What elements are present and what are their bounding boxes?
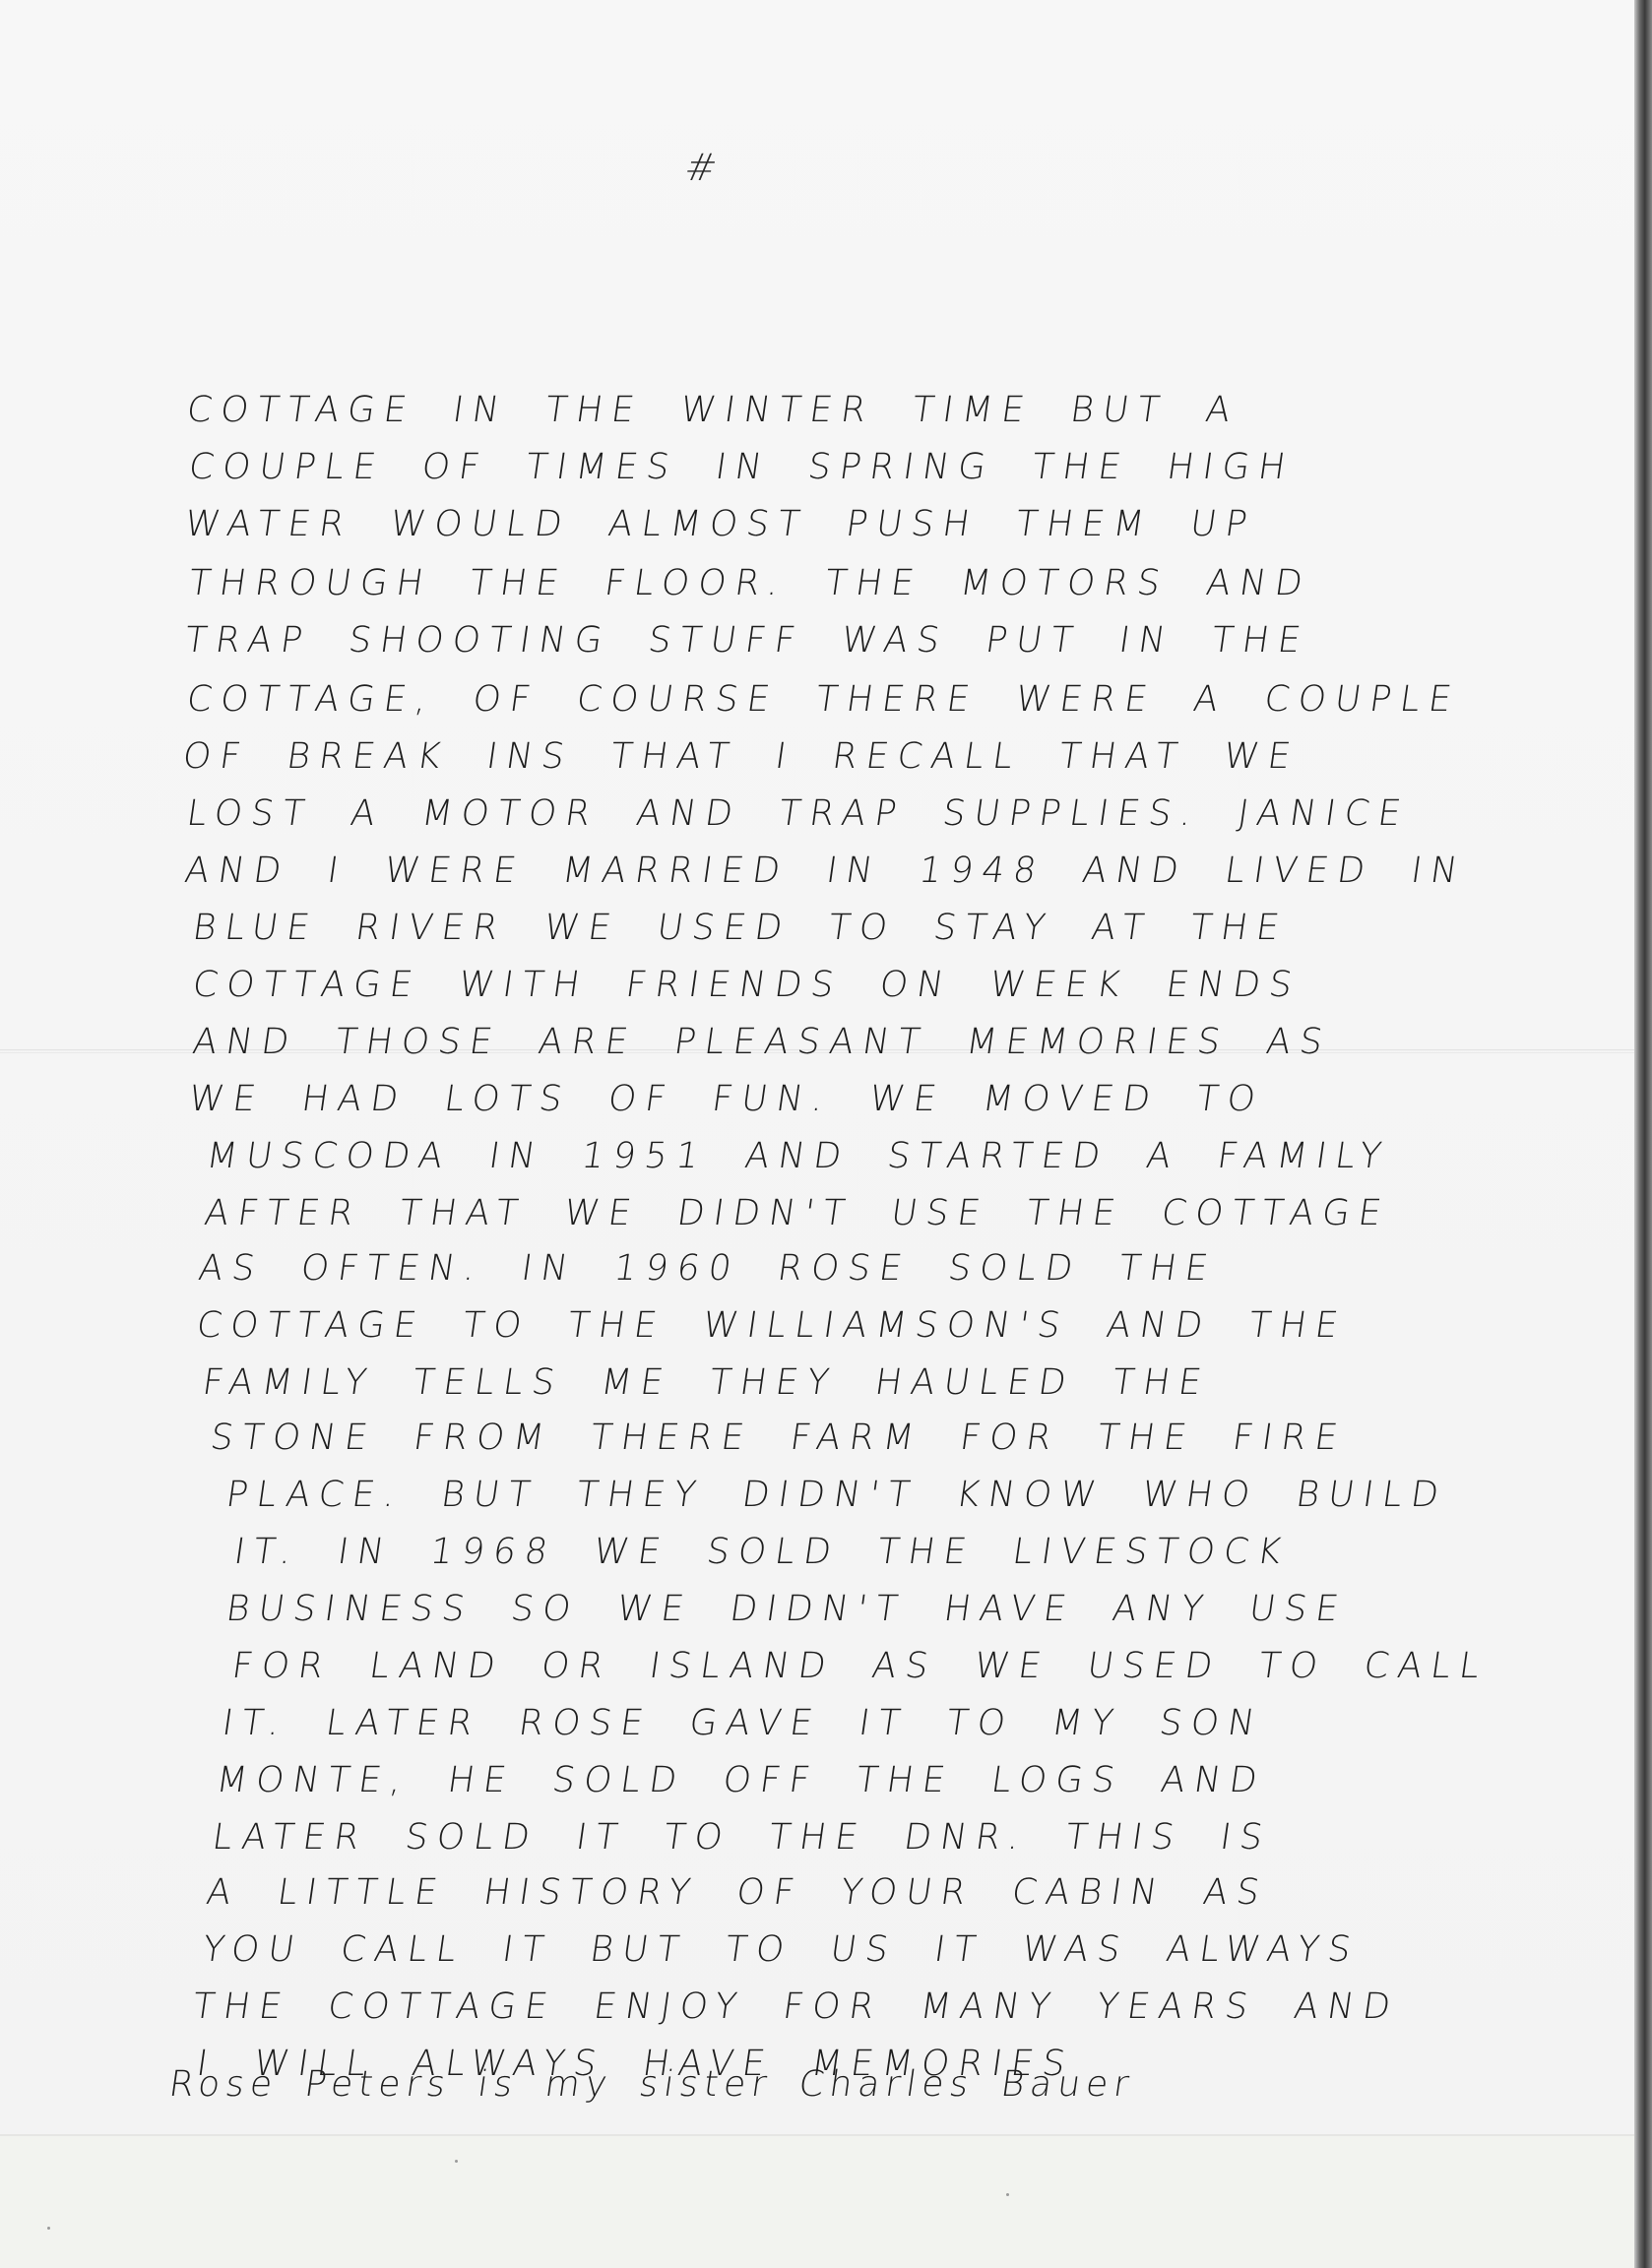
dust-speck: [455, 2160, 458, 2163]
signature-line: Rose Peters is my sister Charles Bauer: [166, 2064, 1137, 2105]
letter-line: we had lots of fun. We moved to: [186, 1079, 1267, 1119]
dust-speck: [47, 2227, 50, 2230]
letter-line: you call it But to us it was always: [200, 1929, 1362, 1970]
letter-line: and those are pleasant memories as: [190, 1022, 1334, 1062]
letter-line: cottage with friends on week ends: [190, 965, 1303, 1005]
letter-line: Cottage, of course there were a couple: [184, 679, 1463, 720]
letter-line: trap shooting stuff was put in the: [182, 620, 1311, 661]
letter-line: Business so we didn't have any use: [223, 1589, 1350, 1629]
letter-line: Muscoda in 1951 and started a family: [204, 1136, 1392, 1176]
letter-line: lost a motor and trap supplies. Janice: [184, 793, 1412, 834]
page-marker: #: [681, 146, 721, 189]
letter-line: cottage to the Williamson's and the: [194, 1305, 1349, 1346]
letter-line: Blue River we used to stay at the: [190, 908, 1291, 948]
letter-line: as often. In 1960 Rose sold the: [196, 1248, 1219, 1289]
letter-line: Monte, He sold off the Logs and: [214, 1760, 1268, 1800]
page-edge-shadow: [1634, 0, 1652, 2268]
letter-line: of break ins that I recall that we: [180, 736, 1302, 777]
letter-line: place. But they didn't know who build: [223, 1475, 1450, 1515]
letter-line: family tells me they hauled the: [200, 1362, 1213, 1403]
letter-line: a little History of your Cabin as: [204, 1872, 1271, 1913]
letter-line: for land or Island as we used to call: [229, 1646, 1491, 1686]
letter-line: Couple of times in spring the High: [186, 447, 1297, 487]
letter-line: Cottage in the winter time But a: [184, 390, 1241, 430]
letter-line: the Cottage enjoy for many years and: [190, 1986, 1402, 2027]
letter-line: it. In 1968 we sold the livestock: [231, 1532, 1292, 1572]
letter-line: stone from there farm for the fire: [208, 1417, 1349, 1458]
letter-line: and I were married in 1948 and lived in: [182, 850, 1469, 891]
letter-line: water would almost push them up: [182, 504, 1258, 544]
letter-line: it. Later Rose gave it to my son: [220, 1703, 1266, 1743]
scanner-bed-margin: [0, 2134, 1634, 2268]
dust-speck: [1006, 2193, 1009, 2196]
letter-page: # Cottage in the winter time But a Coupl…: [0, 0, 1634, 2136]
letter-line: through the floor. The motors and: [186, 563, 1314, 603]
letter-line: after that we didn't use the cottage: [202, 1193, 1392, 1233]
letter-line: Later sold it to the DNR. This is: [210, 1817, 1274, 1858]
